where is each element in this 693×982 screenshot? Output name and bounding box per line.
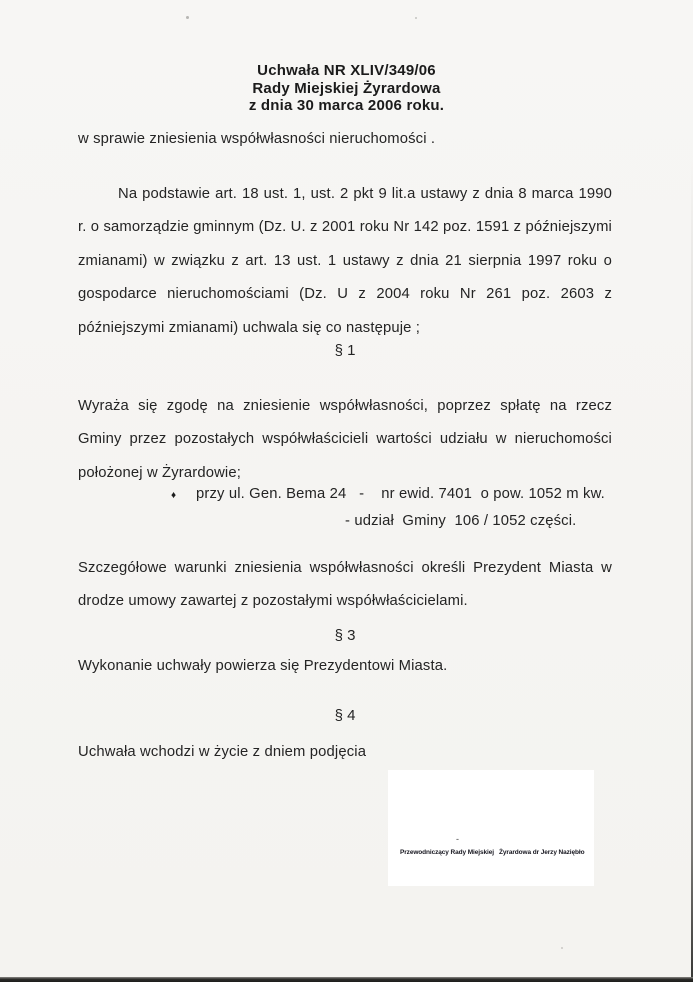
bullet-share-line: - udział Gminy 106 / 1052 części.: [345, 513, 576, 529]
section-3-heading: § 3: [78, 627, 612, 644]
bullet-property-line: przy ul. Gen. Bema 24 - nr ewid. 7401 o …: [196, 486, 605, 502]
terms-paragraph: Szczegółowe warunki zniesienia współwłas…: [78, 552, 612, 619]
bullet-diamond-icon: ♦: [171, 490, 176, 501]
signature-dash: -: [456, 834, 459, 844]
section-4-heading: § 4: [78, 707, 612, 724]
title-line-council-name: Rady Miejskiej Żyrardowa: [0, 80, 693, 98]
title-line-resolution-number: Uchwała NR XLIV/349/06: [0, 62, 693, 80]
scanned-resolution-page: Uchwała NR XLIV/349/06 Rady Miejskiej Ży…: [0, 0, 693, 982]
title-line-date: z dnia 30 marca 2006 roku.: [0, 97, 693, 115]
section-1-heading: § 1: [78, 342, 612, 359]
section-1-paragraph: Wyraża się zgodę na zniesienie współwłas…: [78, 390, 612, 490]
scan-speck: [186, 16, 189, 19]
section-4-paragraph: Uchwała wchodzi w życie z dniem podjęcia: [78, 744, 366, 760]
subject-line: w sprawie zniesienia współwłasności nier…: [78, 131, 435, 147]
preamble-paragraph: Na podstawie art. 18 ust. 1, ust. 2 pkt …: [78, 178, 612, 345]
document-title: Uchwała NR XLIV/349/06 Rady Miejskiej Ży…: [0, 62, 693, 115]
scan-edge-bottom: [0, 977, 693, 982]
signature-whiteout-box: - Przewodniczący Rady Miejskiej Żyrardow…: [388, 770, 594, 886]
section-3-paragraph: Wykonanie uchwały powierza się Prezydent…: [78, 658, 447, 674]
scan-speck: [561, 947, 563, 949]
signature-caption: Przewodniczący Rady Miejskiej Żyrardowa …: [400, 849, 590, 856]
scan-speck: [415, 17, 417, 19]
